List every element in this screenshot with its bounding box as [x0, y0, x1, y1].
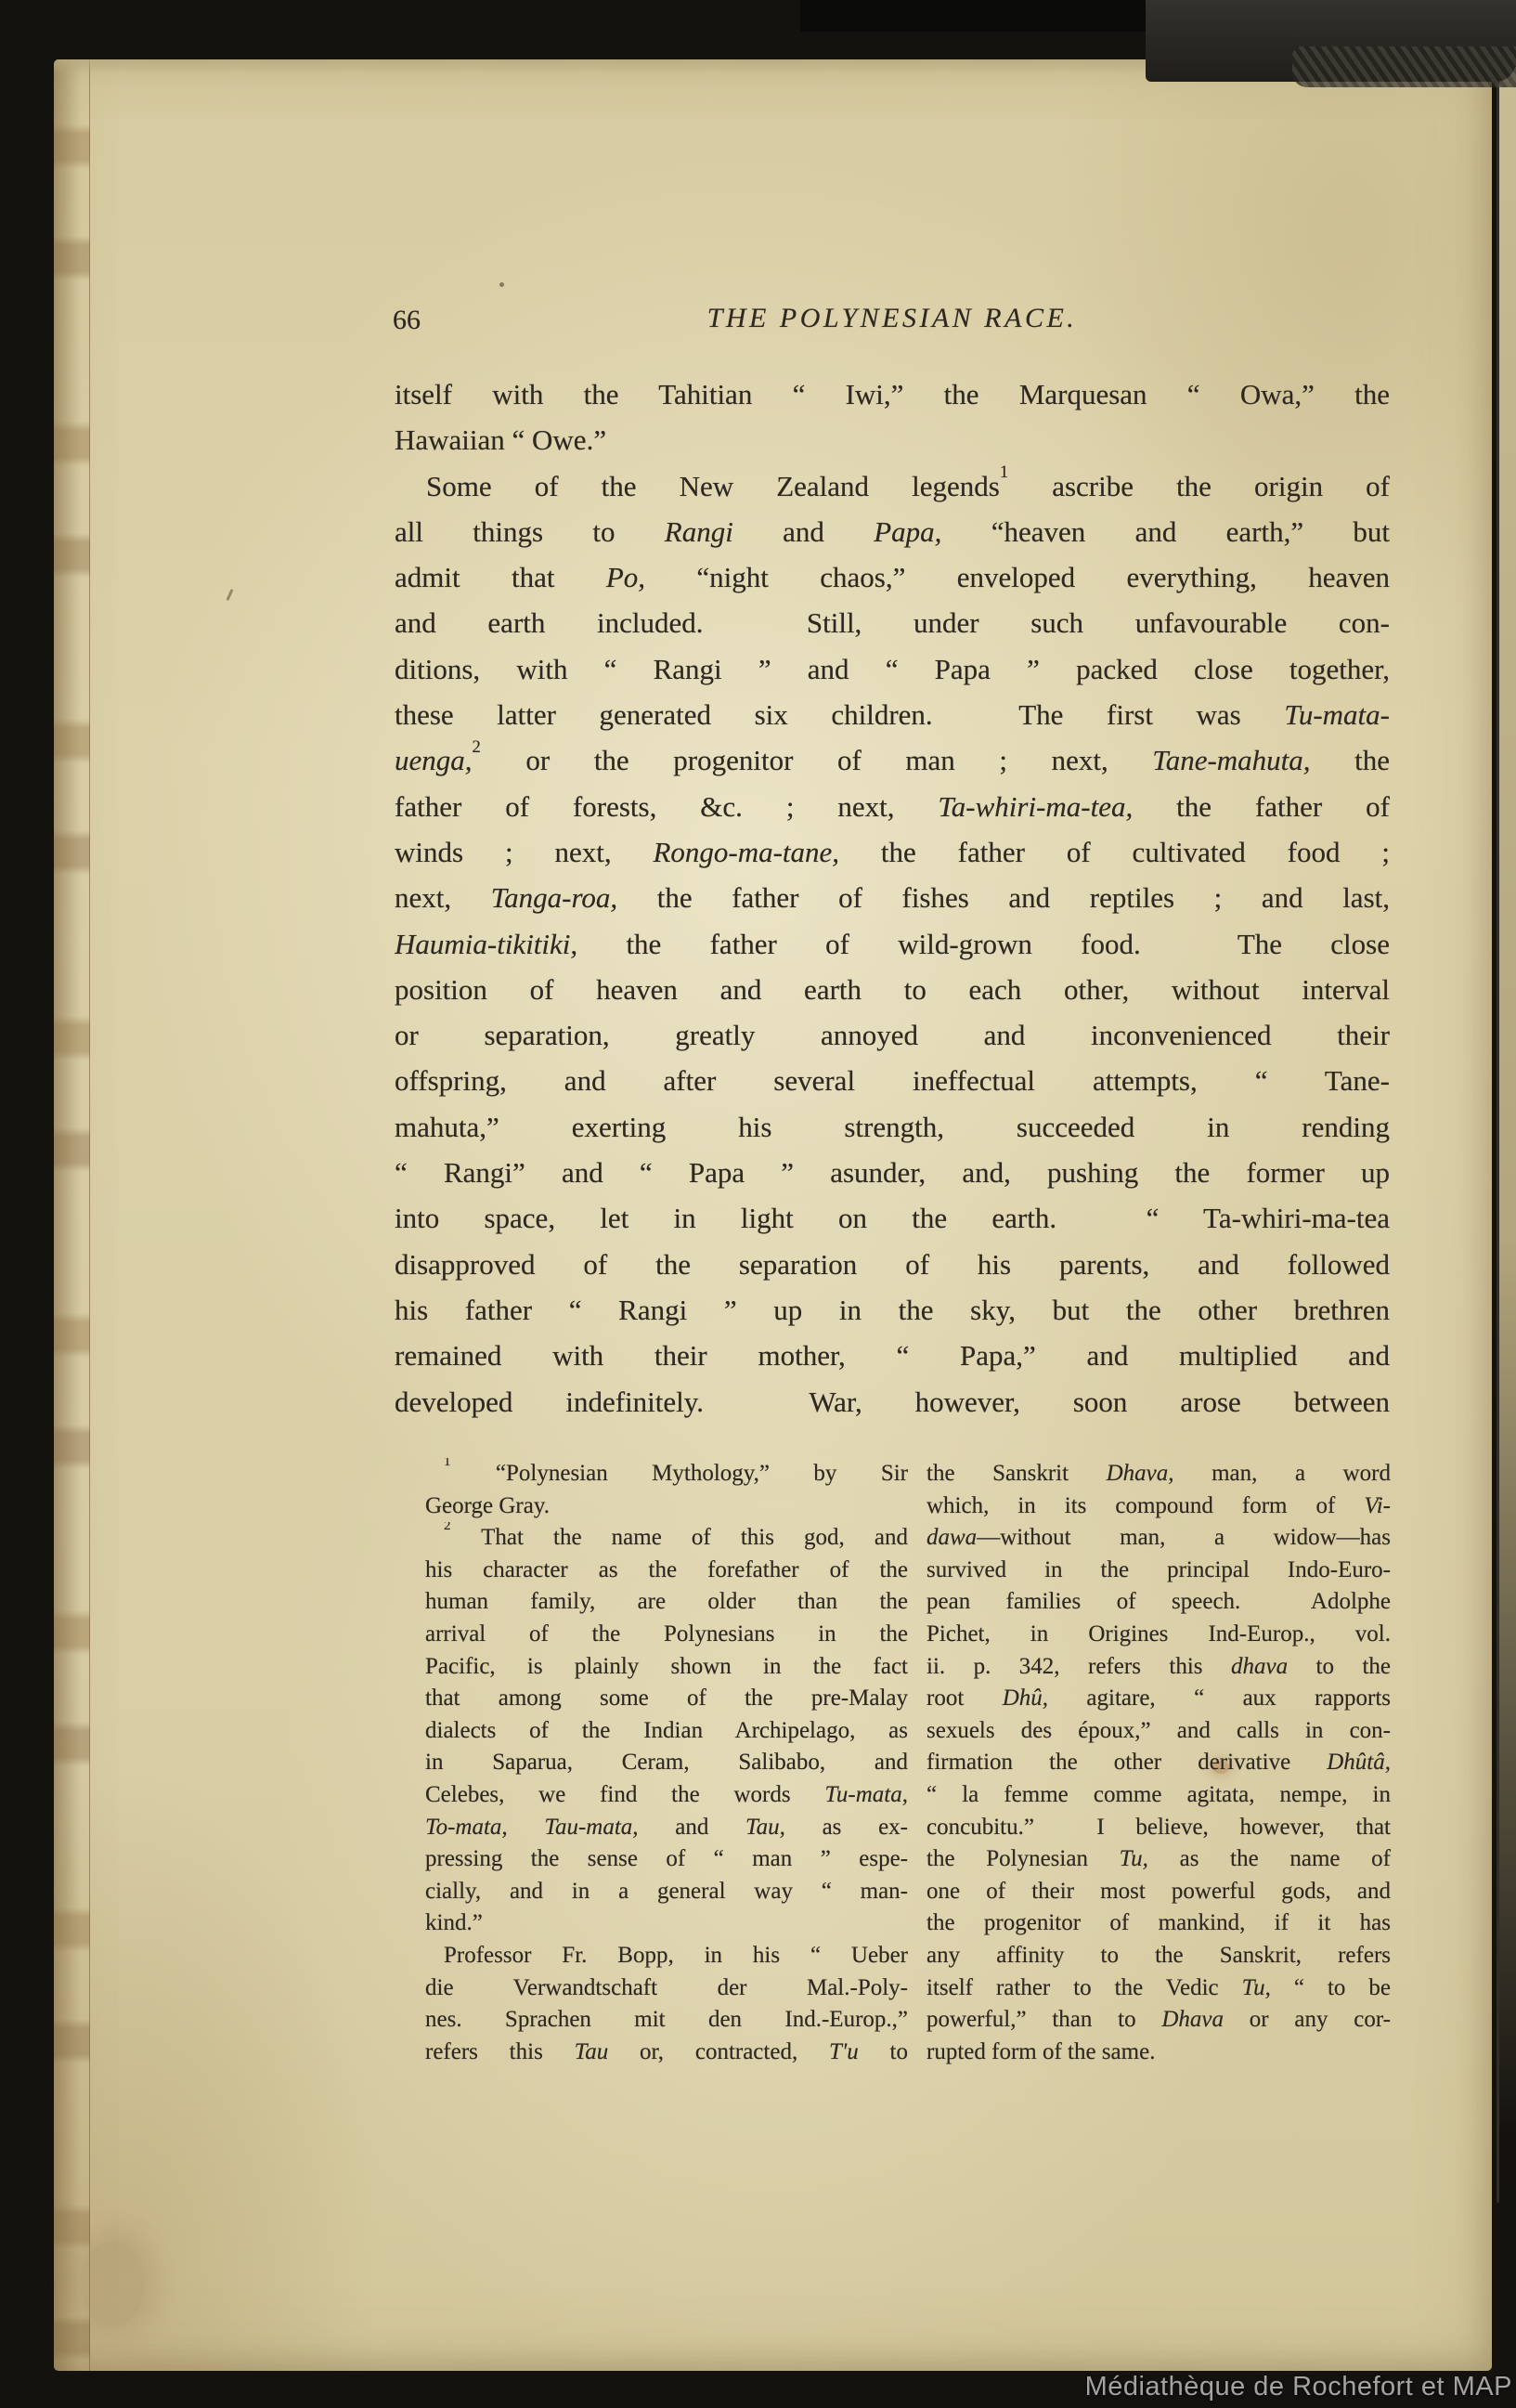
book-cover-cloth-texture: [1292, 46, 1516, 87]
text-line: any affinity to the Sanskrit, refers: [926, 1940, 1391, 1972]
text-line: admit that Po, “night chaos,” enveloped …: [395, 554, 1390, 600]
text-line: nes. Sprachen mit den Ind.-Europ.,”: [425, 2004, 908, 2037]
text-line: father of forests, &c. ; next, Ta-whiri-…: [395, 784, 1390, 829]
text-line: human family, are older than the: [425, 1586, 908, 1619]
text-line: developed indefinitely. War, however, so…: [395, 1379, 1390, 1425]
running-title: THE POLYNESIAN RACE.: [395, 303, 1390, 334]
footnote-column-left: 1 “Polynesian Mythology,” by SirGeorge G…: [425, 1458, 908, 2068]
text-line: the progenitor of mankind, if it has: [926, 1907, 1391, 1940]
text-line: in Saparua, Ceram, Salibabo, and: [425, 1747, 908, 1779]
text-line: mahuta,” exerting his strength, succeede…: [395, 1104, 1390, 1150]
text-line: pean families of speech. Adolphe: [926, 1586, 1391, 1619]
text-line: “ la femme comme agitata, nempe, in: [926, 1779, 1391, 1812]
text-line: firmation the other derivative Dhûtâ,: [926, 1747, 1391, 1779]
text-line: root Dhû, agitare, “ aux rapports: [926, 1683, 1391, 1715]
text-line: 1 “Polynesian Mythology,” by Sir: [425, 1458, 908, 1490]
watermark: Médiathèque de Rochefort et MAP: [1085, 2372, 1512, 2402]
text-line: itself with the Tahitian “ Iwi,” the Mar…: [395, 371, 1390, 417]
text-line: powerful,” than to Dhava or any cor-: [926, 2004, 1391, 2037]
text-line: uenga,2 or the progenitor of man ; next,…: [395, 737, 1390, 783]
text-line: dawa—without man, a widow—has: [926, 1522, 1391, 1555]
text-line: the Polynesian Tu, as the name of: [926, 1843, 1391, 1876]
text-line: next, Tanga-roa, the father of fishes an…: [395, 875, 1390, 920]
footnote-column-right: the Sanskrit Dhava, man, a wordwhich, in…: [926, 1458, 1391, 2068]
text-line: Professor Fr. Bopp, in his “ Ueber: [425, 1940, 908, 1972]
text-line: dialects of the Indian Archipelago, as: [425, 1715, 908, 1748]
text-line: To-mata, Tau-mata, and Tau, as ex-: [425, 1812, 908, 1844]
text-line: offspring, and after several ineffectual…: [395, 1058, 1390, 1103]
scan-background: 66 THE POLYNESIAN RACE. itself with the …: [0, 0, 1516, 2408]
page-number: 66: [393, 305, 421, 336]
text-line: Pacific, is plainly shown in the fact: [425, 1651, 908, 1684]
text-line: Hawaiian “ Owe.”: [395, 417, 1390, 462]
text-line: his character as the forefather of the: [425, 1555, 908, 1587]
text-line: rupted form of the same.: [926, 2037, 1391, 2069]
text-line: refers this Tau or, contracted, T'u to: [425, 2037, 908, 2069]
text-line: Some of the New Zealand legends1 ascribe…: [395, 463, 1390, 509]
text-line: or separation, greatly annoyed and incon…: [395, 1012, 1390, 1058]
text-line: the Sanskrit Dhava, man, a word: [926, 1458, 1391, 1490]
text-line: “ Rangi” and “ Papa ” asunder, and, push…: [395, 1150, 1390, 1195]
text-line: ii. p. 342, refers this dhava to the: [926, 1651, 1391, 1684]
page-header: 66 THE POLYNESIAN RACE.: [395, 303, 1390, 344]
page-deckle-edge: [54, 59, 90, 2371]
text-line: survived in the principal Indo-Euro-: [926, 1555, 1391, 1587]
text-line: kind.”: [425, 1907, 908, 1940]
text-line: Celebes, we find the words Tu-mata,: [425, 1779, 908, 1812]
paper-speck: [226, 589, 233, 601]
text-line: pressing the sense of “ man ” espe-: [425, 1843, 908, 1876]
text-line: into space, let in light on the earth. “…: [395, 1195, 1390, 1241]
text-line: his father “ Rangi ” up in the sky, but …: [395, 1287, 1390, 1333]
text-line: Haumia-tikitiki, the father of wild-grow…: [395, 921, 1390, 967]
text-line: ditions, with “ Rangi ” and “ Papa ” pac…: [395, 646, 1390, 692]
text-line: one of their most powerful gods, and: [926, 1876, 1391, 1908]
body-text: itself with the Tahitian “ Iwi,” the Mar…: [395, 371, 1390, 1425]
footnotes: 1 “Polynesian Mythology,” by SirGeorge G…: [425, 1458, 1391, 2068]
text-line: die Verwandtschaft der Mal.-Poly-: [425, 1972, 908, 2005]
paper-speck: [499, 282, 504, 287]
paper-stain: [80, 2242, 145, 2325]
text-line: sexuels des époux,” and calls in con-: [926, 1715, 1391, 1748]
text-line: arrival of the Polynesians in the: [425, 1619, 908, 1651]
text-line: all things to Rangi and Papa, “heaven an…: [395, 509, 1390, 554]
text-line: cially, and in a general way “ man-: [425, 1876, 908, 1908]
text-line: that among some of the pre-Malay: [425, 1683, 908, 1715]
book-gutter-shadow: [800, 0, 1148, 32]
book-page: 66 THE POLYNESIAN RACE. itself with the …: [54, 59, 1492, 2371]
text-line: itself rather to the Vedic Tu, “ to be: [926, 1972, 1391, 2005]
text-line: which, in its compound form of Vi-: [926, 1490, 1391, 1523]
text-line: 2 That the name of this god, and: [425, 1522, 908, 1555]
text-line: these latter generated six children. The…: [395, 692, 1390, 737]
text-line: winds ; next, Rongo-ma-tane, the father …: [395, 829, 1390, 875]
text-line: position of heaven and earth to each oth…: [395, 967, 1390, 1012]
adjacent-page-edge: [1497, 67, 1516, 2203]
text-line: remained with their mother, “ Papa,” and…: [395, 1333, 1390, 1378]
text-line: disapproved of the separation of his par…: [395, 1242, 1390, 1287]
text-line: Pichet, in Origines Ind-Europ., vol.: [926, 1619, 1391, 1651]
text-line: and earth included. Still, under such un…: [395, 600, 1390, 645]
text-line: concubitu.” I believe, however, that: [926, 1812, 1391, 1844]
text-line: George Gray.: [425, 1490, 908, 1523]
